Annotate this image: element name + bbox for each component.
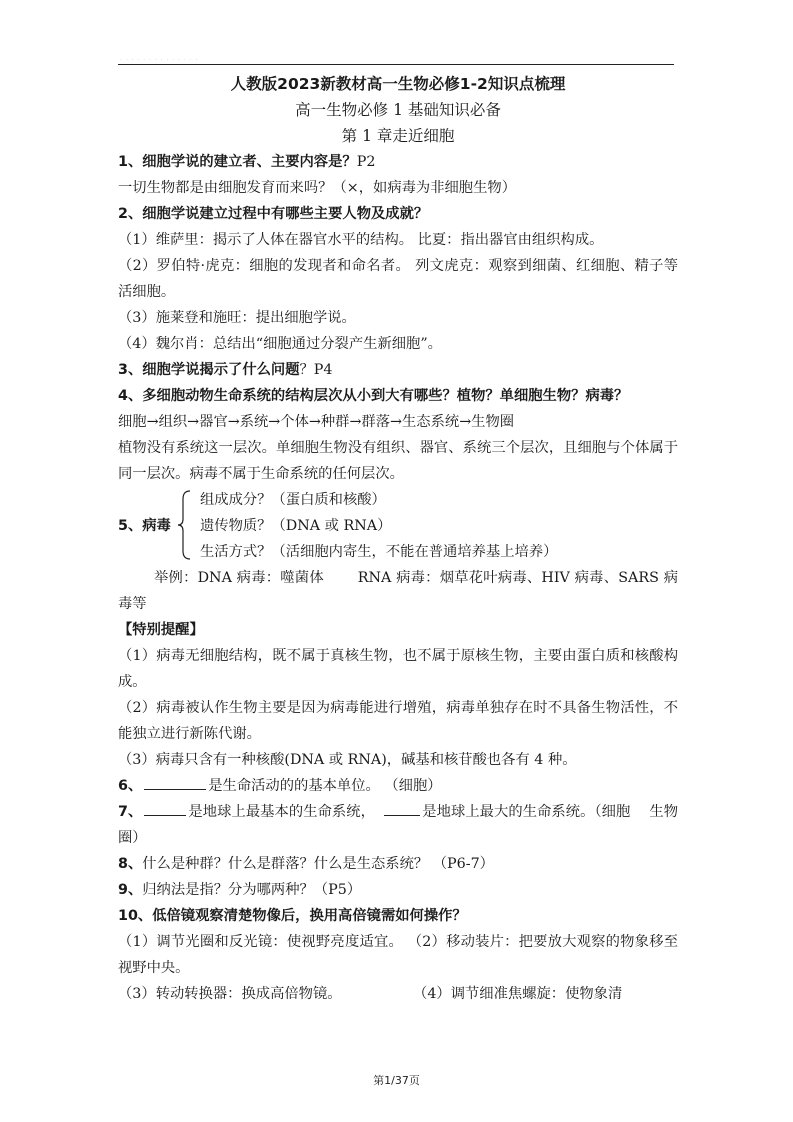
reminder-heading: 【特别提醒】 <box>118 617 678 643</box>
answer-2-item-4: （4）魏尔肖：总结出“细胞通过分裂产生新细胞”。 <box>118 331 678 357</box>
question-6-text: 是生命活动的的基本单位。 （细胞） <box>208 778 441 794</box>
page-indicator: 第1/37页 <box>0 1072 793 1088</box>
question-3-text: 3、细胞学说揭示了什么问题 <box>118 362 300 378</box>
reminder-item-1: （1）病毒无细胞结构，既不属于真核生物，也不属于原核生物，主要由蛋白质和核酸构成… <box>118 643 678 695</box>
question-10: 10、低倍镜观察清楚物像后，换用高倍镜需如何操作？ <box>118 903 678 929</box>
question-5-label: 5、病毒 <box>118 513 171 539</box>
document-title: 人教版2023新教材高一生物必修1-2知识点梳理 <box>118 71 678 97</box>
question-8-text: 什么是种群？什么是群落？什么是生态系统？ （P6-7） <box>142 856 494 872</box>
question-6-blank[interactable] <box>144 773 206 790</box>
virus-item-lifestyle: 生活方式？（活细胞内寄生，不能在普通培养基上培养） <box>200 539 557 565</box>
question-2: 2、细胞学说建立过程中有哪些主要人物及成就？ <box>118 201 678 227</box>
question-7-blank-1[interactable] <box>144 799 186 816</box>
virus-item-composition: 组成成分？（蛋白质和核酸） <box>200 487 557 513</box>
question-9-text: 归纳法是指？分为哪两种？（P5） <box>142 882 361 898</box>
question-8: 8、什么是种群？什么是群落？什么是生态系统？ （P6-7） <box>118 851 678 877</box>
curly-brace-icon <box>176 489 192 561</box>
virus-examples: 举例：DNA 病毒：噬菌体 RNA 病毒：烟草花叶病毒、HIV 病毒、SARS … <box>118 565 678 617</box>
answer-2-item-3: （3）施莱登和施旺：提出细胞学说。 <box>118 305 678 331</box>
header-rule <box>118 64 674 65</box>
question-5-items: 组成成分？（蛋白质和核酸） 遗传物质？（DNA 或 RNA） 生活方式？（活细胞… <box>200 487 557 565</box>
reminder-item-2: （2）病毒被认作生物主要是因为病毒能进行增殖，病毒单独存在时不具备生物活性，不能… <box>118 695 678 747</box>
answer-1: 一切生物都是由细胞发育而来吗？（×，如病毒为非细胞生物） <box>118 175 678 201</box>
chapter-heading: 第 1 章走近细胞 <box>118 123 678 149</box>
document-subtitle: 高一生物必修 1 基础知识必备 <box>118 97 678 123</box>
answer-2-item-2: （2）罗伯特·虎克：细胞的发现者和命名者。 列文虎克：观察到细菌、红细胞、精子等… <box>118 253 678 305</box>
question-7: 7、是地球上最基本的生命系统， 是地球上最大的生命系统。（细胞 生物圈） <box>118 799 678 851</box>
question-6: 6、是生命活动的的基本单位。 （细胞） <box>118 773 678 799</box>
question-8-number: 8、 <box>118 856 142 872</box>
question-5-virus-block: 5、病毒 组成成分？（蛋白质和核酸） 遗传物质？（DNA 或 RNA） 生活方式… <box>118 487 678 565</box>
document-content: 人教版2023新教材高一生物必修1-2知识点梳理 高一生物必修 1 基础知识必备… <box>118 70 678 1007</box>
question-1-ref: P2 <box>357 154 376 170</box>
question-4: 4、多细胞动物生命系统的结构层次从小到大有哪些？植物？单细胞生物？病毒？ <box>118 383 678 409</box>
question-1: 1、细胞学说的建立者、主要内容是？P2 <box>118 149 678 175</box>
header-faint-text: · · · · · · · · · · · · · · <box>120 57 199 64</box>
question-3: 3、细胞学说揭示了什么问题？P4 <box>118 357 678 383</box>
virus-item-genetic-material: 遗传物质？（DNA 或 RNA） <box>200 513 557 539</box>
question-7-text-a: 是地球上最基本的生命系统， <box>188 804 367 820</box>
document-page: · · · · · · · · · · · · · · 人教版2023新教材高一… <box>0 0 793 1122</box>
answer-10-steps-3-4: （3）转动转换器：换成高倍物镜。 （4）调节细准焦螺旋：使物象清 <box>118 981 678 1007</box>
question-9: 9、归纳法是指？分为哪两种？（P5） <box>118 877 678 903</box>
question-3-ref: ？P4 <box>300 362 333 378</box>
question-1-text: 1、细胞学说的建立者、主要内容是？ <box>118 154 357 170</box>
question-7-number: 7、 <box>118 804 142 820</box>
reminder-item-3: （3）病毒只含有一种核酸(DNA 或 RNA)，碱基和核苷酸也各有 4 种。 <box>118 747 678 773</box>
question-9-number: 9、 <box>118 882 142 898</box>
question-6-number: 6、 <box>118 778 142 794</box>
answer-2-item-1: （1）维萨里：揭示了人体在器官水平的结构。 比夏：指出器官由组织构成。 <box>118 227 678 253</box>
answer-4-hierarchy: 细胞→组织→器官→系统→个体→种群→群落→生态系统→生物圈 <box>118 409 678 435</box>
answer-4-notes: 植物没有系统这一层次。单细胞生物没有组织、器官、系统三个层次，且细胞与个体属于同… <box>118 435 678 487</box>
question-7-blank-2[interactable] <box>384 799 420 816</box>
answer-10-steps-1-2: （1）调节光圈和反光镜：使视野亮度适宜。 （2）移动装片：把要放大观察的物象移至… <box>118 929 678 981</box>
